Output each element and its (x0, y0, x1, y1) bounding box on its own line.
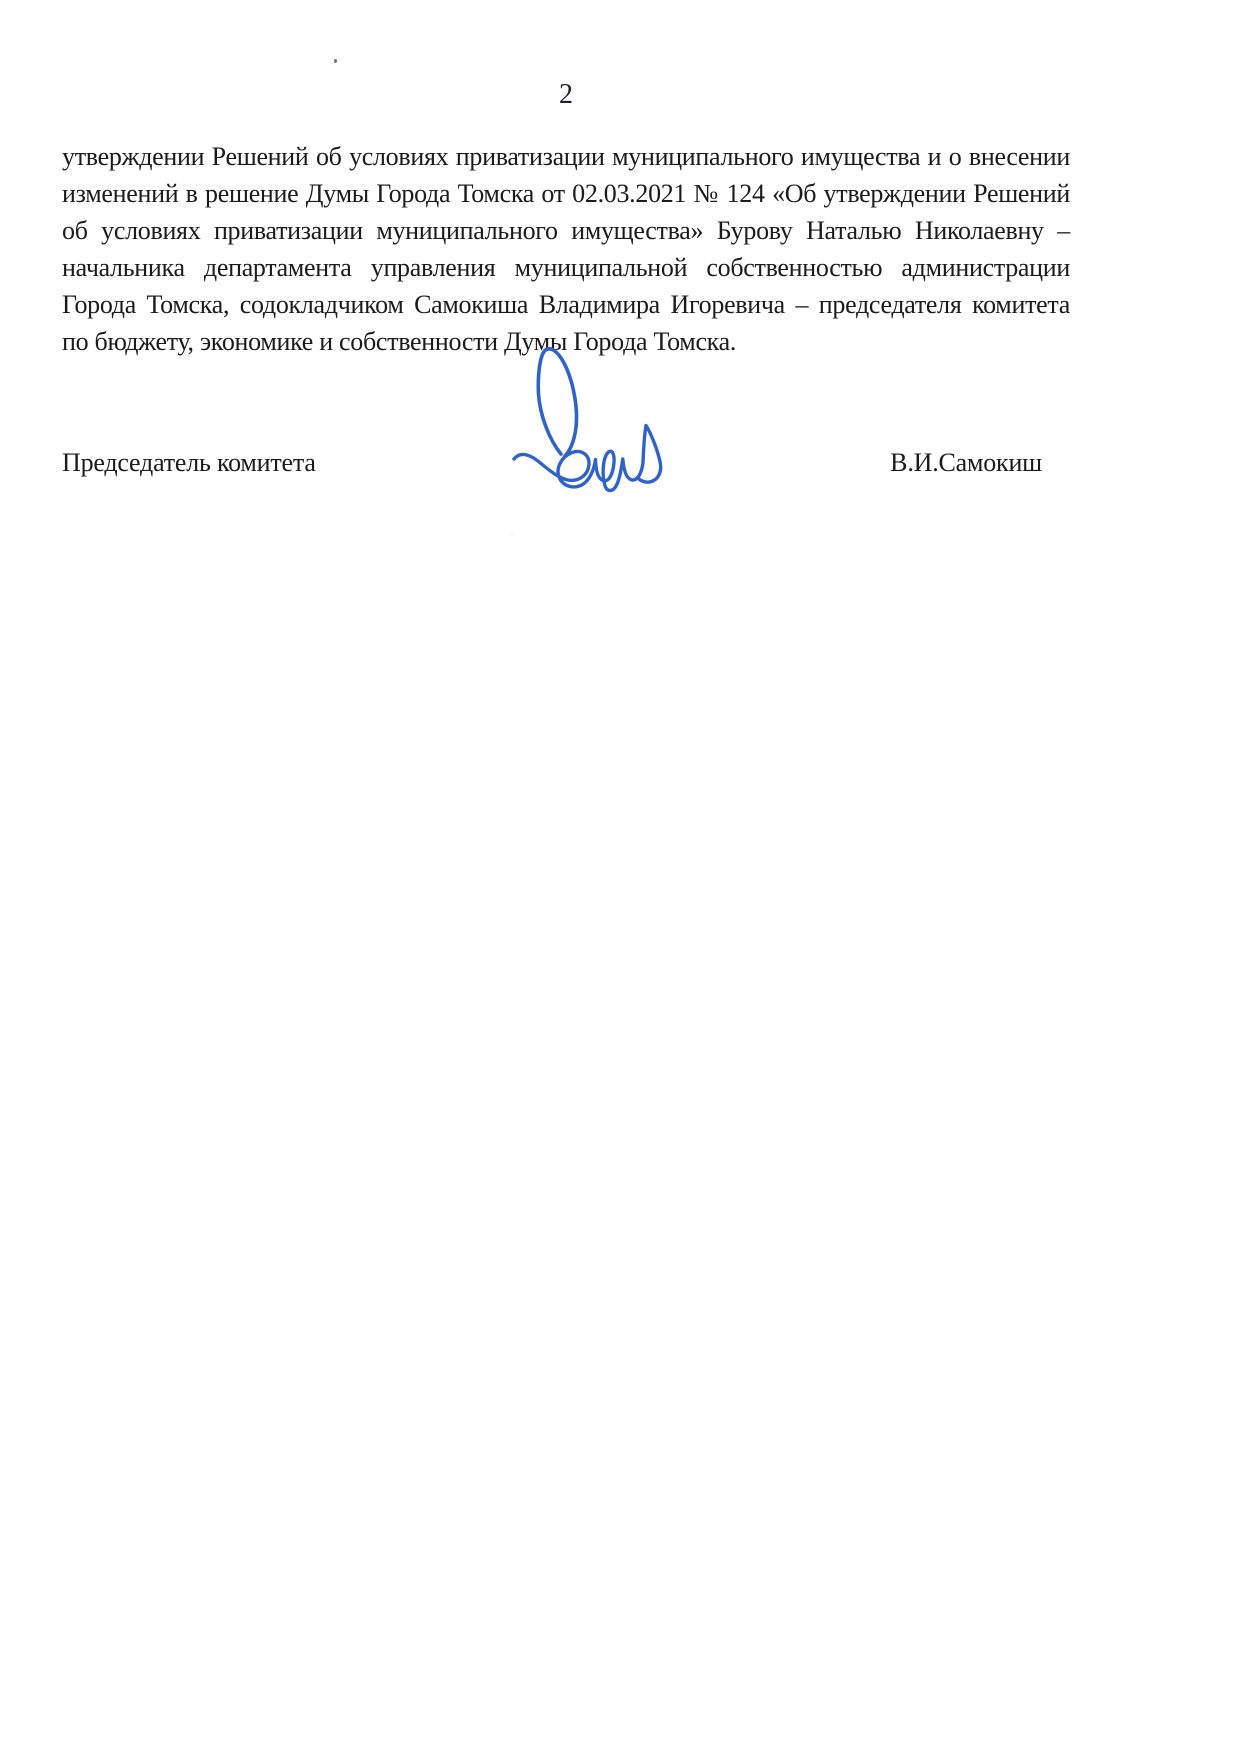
signer-name: В.И.Самокиш (890, 444, 1070, 481)
paragraph-line: Города Томска, содокладчиком Самокиша Вл… (62, 286, 1070, 323)
scan-speckle (511, 533, 513, 535)
signature-row: Председатель комитета В.И.Самокиш (62, 444, 1070, 481)
paragraph-line: изменений в решение Думы Города Томска о… (62, 175, 1070, 212)
paragraph-line: начальника департамента управления муниц… (62, 249, 1070, 286)
scan-speckle (334, 59, 337, 63)
paragraph-line: утверждении Решений об условиях приватиз… (62, 138, 1070, 175)
page-number: 2 (62, 76, 1070, 113)
document-page: 2 утверждении Решений об условиях приват… (0, 0, 1240, 1753)
signature-stroke-loop (538, 349, 576, 457)
signer-position-title: Председатель комитета (62, 444, 316, 481)
body-paragraph: утверждении Решений об условиях приватиз… (62, 138, 1070, 360)
paragraph-line: об условиях приватизации муниципального … (62, 212, 1070, 249)
